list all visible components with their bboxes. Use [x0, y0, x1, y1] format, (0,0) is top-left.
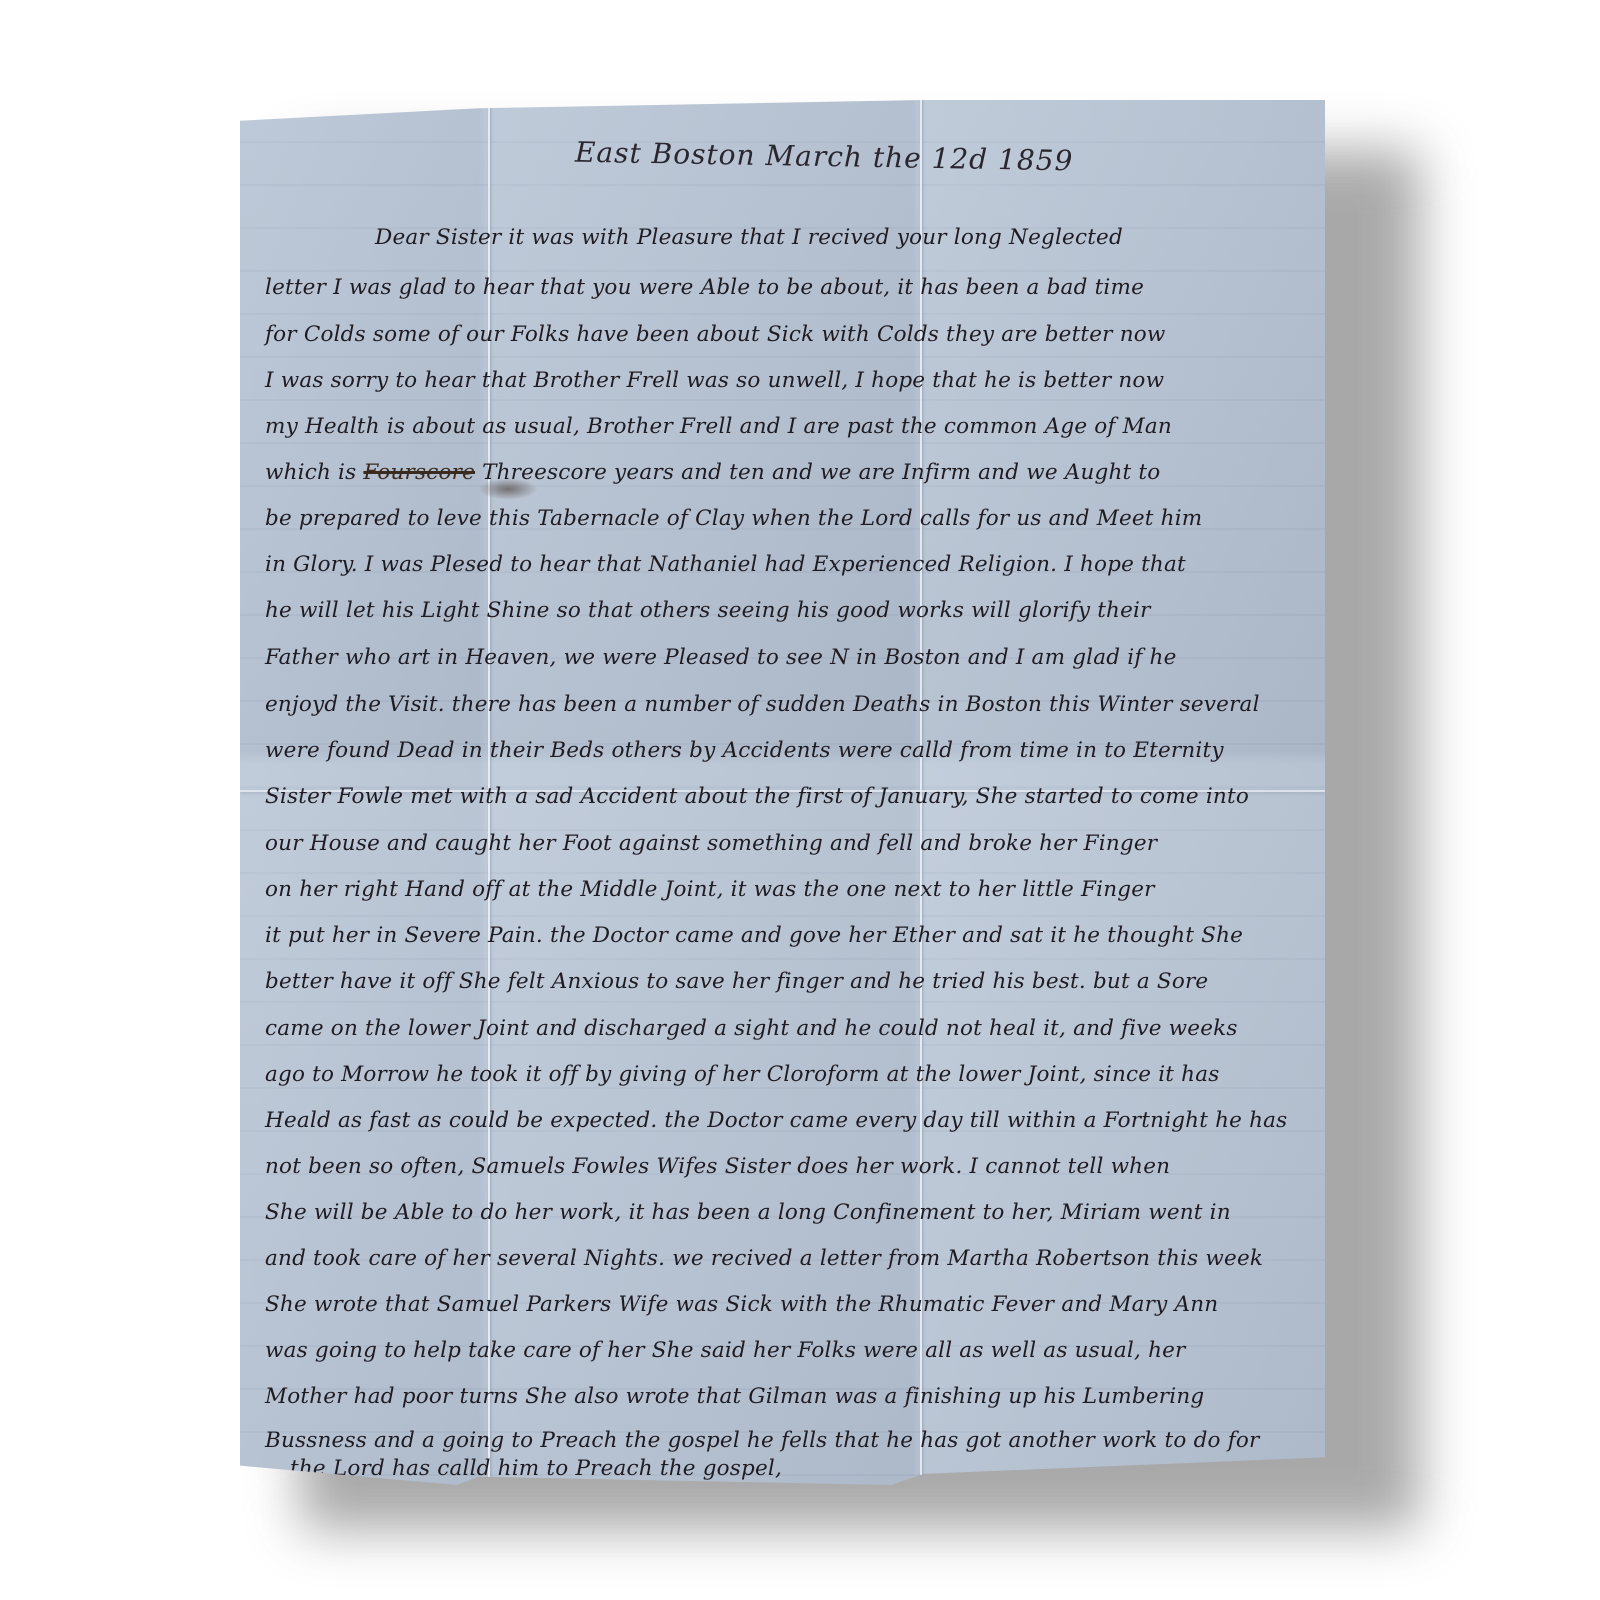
letter-dateline: East Boston March the 12d 1859: [575, 136, 1074, 178]
letter-line: Bussness and a going to Preach the gospe…: [265, 1428, 1305, 1453]
letter-line: I was sorry to hear that Brother Frell w…: [265, 368, 1305, 393]
letter-line: be prepared to leve this Tabernacle of C…: [265, 506, 1305, 531]
letter-line: which is Fourscore Threescore years and …: [265, 460, 1305, 485]
letter-line: in Glory. I was Plesed to hear that Nath…: [265, 552, 1305, 577]
letter-line: enjoyd the Visit. there has been a numbe…: [265, 692, 1305, 717]
letter-line: Heald as fast as could be expected. the …: [265, 1108, 1305, 1133]
letter-line: letter I was glad to hear that you were …: [265, 275, 1305, 300]
letter-line: our House and caught her Foot against so…: [265, 831, 1305, 856]
letter-line: ago to Morrow he took it off by giving o…: [265, 1062, 1305, 1087]
letter-body: East Boston March the 12d 1859 Dear Sist…: [240, 100, 1325, 1485]
letter-line: Dear Sister it was with Pleasure that I …: [375, 225, 1415, 250]
letter-line: were found Dead in their Beds others by …: [265, 738, 1305, 763]
letter-line: he will let his Light Shine so that othe…: [265, 598, 1305, 623]
letter-line: came on the lower Joint and discharged a…: [265, 1016, 1305, 1041]
letter-sheet: East Boston March the 12d 1859 Dear Sist…: [240, 100, 1325, 1485]
letter-line: Sister Fowle met with a sad Accident abo…: [265, 784, 1305, 809]
letter-line: She wrote that Samuel Parkers Wife was S…: [265, 1292, 1305, 1317]
letter-line: it put her in Severe Pain. the Doctor ca…: [265, 923, 1305, 948]
struck-out-word: Fourscore: [363, 460, 475, 485]
letter-line: She will be Able to do her work, it has …: [265, 1200, 1305, 1225]
letter-line: Father who art in Heaven, we were Please…: [265, 645, 1305, 670]
letter-line: on her right Hand off at the Middle Join…: [265, 877, 1305, 902]
letter-line: was going to help take care of her She s…: [265, 1338, 1305, 1363]
photo-stage: East Boston March the 12d 1859 Dear Sist…: [0, 0, 1600, 1600]
letter-line: not been so often, Samuels Fowles Wifes …: [265, 1154, 1305, 1179]
line-start: which is: [265, 460, 356, 485]
letter-line: better have it off She felt Anxious to s…: [265, 969, 1305, 994]
line-rest: Threescore years and ten and we are Infi…: [482, 460, 1160, 485]
letter-line: Mother had poor turns She also wrote tha…: [265, 1384, 1305, 1409]
letter-line: for Colds some of our Folks have been ab…: [265, 322, 1305, 347]
letter-line: my Health is about as usual, Brother Fre…: [265, 414, 1305, 439]
letter-line: and took care of her several Nights. we …: [265, 1246, 1305, 1271]
